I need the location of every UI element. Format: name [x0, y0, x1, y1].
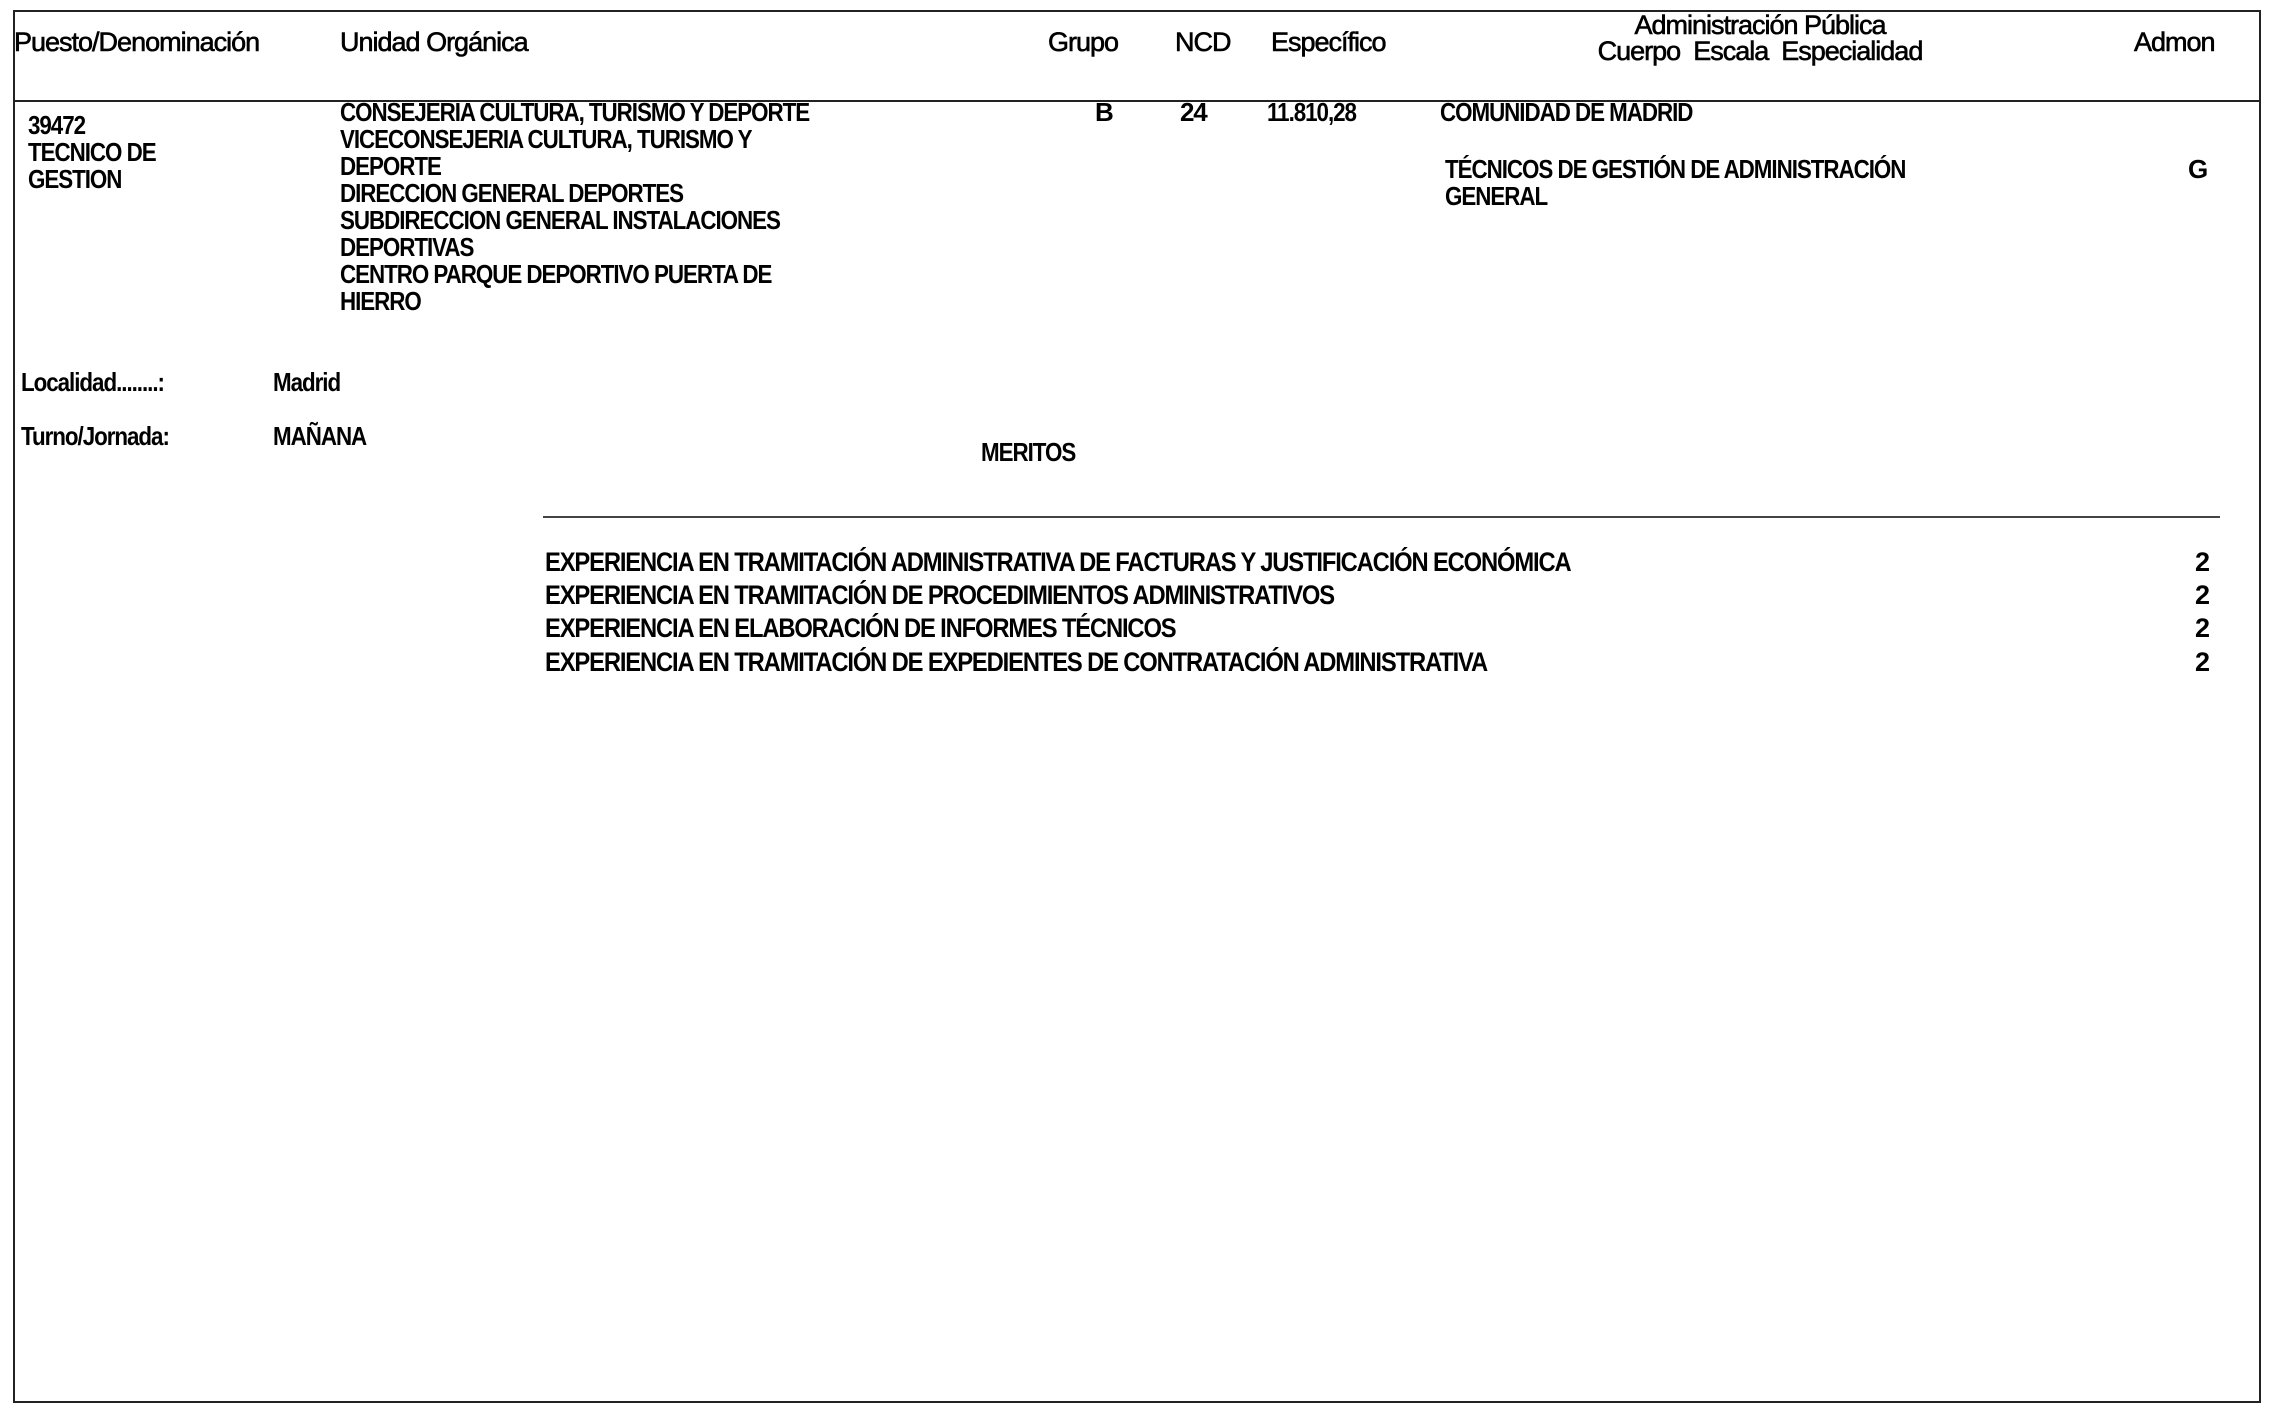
merito-points: 2 [2195, 613, 2209, 644]
merito-text: EXPERIENCIA EN TRAMITACIÓN DE EXPEDIENTE… [545, 647, 1487, 678]
unidad-organica-line: DEPORTIVAS [340, 234, 473, 261]
admon-value: G [2188, 156, 2207, 183]
ncd-value: 24 [1180, 99, 1207, 126]
localidad-label: Localidad........: [21, 369, 164, 396]
turno-label: Turno/Jornada: [21, 423, 169, 450]
header-unidad-organica: Unidad Orgánica [340, 27, 528, 58]
cuerpo-line1: TÉCNICOS DE GESTIÓN DE ADMINISTRACIÓN [1445, 156, 1905, 183]
header-admon: Admon [2134, 27, 2215, 58]
unidad-organica-line: CENTRO PARQUE DEPORTIVO PUERTA DE [340, 261, 771, 288]
grupo-value: B [1095, 99, 1113, 126]
merito-item: EXPERIENCIA EN TRAMITACIÓN DE EXPEDIENTE… [545, 647, 2225, 681]
puesto-denominacion-line1: TECNICO DE [28, 139, 156, 166]
turno-value: MAÑANA [273, 423, 366, 450]
localidad-value: Madrid [273, 369, 340, 396]
meritos-title: MERITOS [981, 439, 1075, 466]
unidad-organica-line: DIRECCION GENERAL DEPORTES [340, 180, 683, 207]
unidad-organica-line: VICECONSEJERIA CULTURA, TURISMO Y [340, 126, 752, 153]
merito-text: EXPERIENCIA EN TRAMITACIÓN ADMINISTRATIV… [545, 547, 1571, 578]
cuerpo-line2: GENERAL [1445, 183, 1547, 210]
administracion-value: COMUNIDAD DE MADRID [1440, 99, 1692, 126]
header-grupo: Grupo [1048, 27, 1118, 58]
meritos-divider [543, 516, 2220, 518]
header-especifico: Específico [1271, 27, 1386, 58]
merito-points: 2 [2195, 580, 2209, 611]
unidad-organica-line: HIERRO [340, 288, 421, 315]
unidad-organica-line: SUBDIRECCION GENERAL INSTALACIONES [340, 207, 780, 234]
header-cuerpo-escala-especialidad: Cuerpo Escala Especialidad [1560, 36, 1960, 67]
merito-text: EXPERIENCIA EN TRAMITACIÓN DE PROCEDIMIE… [545, 580, 1334, 611]
merito-points: 2 [2195, 547, 2209, 578]
merito-points: 2 [2195, 647, 2209, 678]
merito-item: EXPERIENCIA EN TRAMITACIÓN DE PROCEDIMIE… [545, 580, 2225, 614]
header-ncd: NCD [1175, 27, 1231, 58]
header-puesto: Puesto/Denominación [14, 27, 259, 58]
unidad-organica-line: DEPORTE [340, 153, 441, 180]
puesto-codigo: 39472 [28, 112, 85, 139]
merito-item: EXPERIENCIA EN ELABORACIÓN DE INFORMES T… [545, 613, 2225, 647]
especifico-value: 11.810,28 [1267, 99, 1356, 126]
unidad-organica-line: CONSEJERIA CULTURA, TURISMO Y DEPORTE [340, 99, 809, 126]
merito-item: EXPERIENCIA EN TRAMITACIÓN ADMINISTRATIV… [545, 547, 2225, 581]
puesto-denominacion-line2: GESTION [28, 166, 121, 193]
merito-text: EXPERIENCIA EN ELABORACIÓN DE INFORMES T… [545, 613, 1176, 644]
